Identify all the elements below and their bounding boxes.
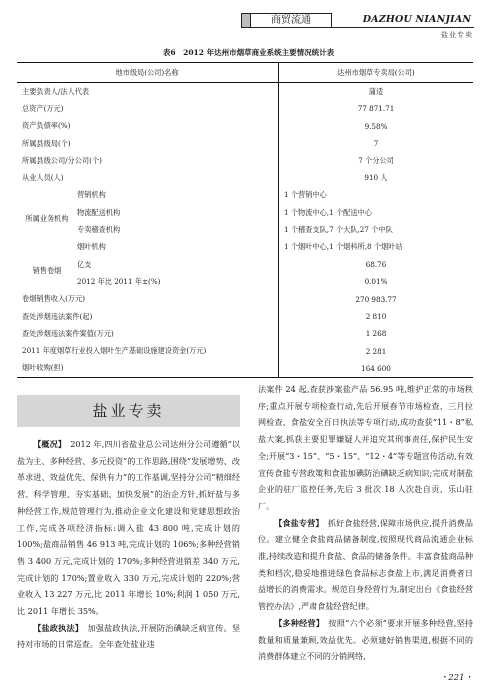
row-label: 主要负责人/法人代表 xyxy=(17,83,279,101)
column-header-name: 地市级局(公司)名称 xyxy=(17,63,279,83)
table-row: 专卖稽查机构 1 个稽查支队,7 个大队,27 个中队 xyxy=(17,221,473,238)
row-value: 7 个分公司 xyxy=(279,152,474,169)
row-label: 烟叶收购(担) xyxy=(17,360,279,378)
row-label: 查处涉烟违法案件案值(万元) xyxy=(17,325,279,342)
row-value: 910 人 xyxy=(279,169,474,186)
paragraph-diversified-business: 【多种经营】 按照“六个必须”要求开展多种经营,坚持数量和质量兼顾,效益优先。必… xyxy=(258,615,473,665)
table-row: 卷烟销售收入(万元) 270 983.77 xyxy=(17,291,473,308)
sub-label: 烟叶机构 xyxy=(77,242,106,251)
row-value: 1 个物流中心,1 个配送中心 xyxy=(279,204,474,221)
row-value: 2 281 xyxy=(279,342,474,359)
group-label-business-units: 所属业务机构 xyxy=(17,214,77,224)
table-row: 资产负债率(%) 9.58% xyxy=(17,118,473,135)
table-row: 2011 年度烟草行业投入烟叶生产基础设施建设资金(万元) 2 281 xyxy=(17,342,473,359)
row-label: 卷烟销售收入(万元) xyxy=(17,291,279,308)
sub-label: 营销机构 xyxy=(77,190,106,199)
sub-label: 专卖稽查机构 xyxy=(77,225,120,234)
paragraph-edible-salt-monopoly: 【食盐专营】 抓好食盐经营,保障市场供应,提升消费品位。建立健全食盐商品储备制度… xyxy=(258,515,473,615)
row-value: 1 个营销中心 xyxy=(279,187,474,204)
table-row: 亿支 销售卷烟 68.76 xyxy=(17,256,473,273)
row-value: 9.58% xyxy=(279,118,474,135)
subsection-label: 盐业专卖 xyxy=(430,30,473,40)
row-value: 270 983.77 xyxy=(279,291,474,308)
row-label: 所属县级公司/分公司(个) xyxy=(17,152,279,169)
row-value: 1 个烟叶中心,1 个烟科所,8 个烟叶站 xyxy=(279,239,474,256)
row-label: 查处涉烟违法案件(起) xyxy=(17,308,279,325)
table-row: 总资产(万元) 77 871.71 xyxy=(17,100,473,117)
row-label: 从业人员(人) xyxy=(17,169,279,186)
sub-label: 亿支 xyxy=(77,260,91,269)
row-value: 1 个稽查支队,7 个大队,27 个中队 xyxy=(279,221,474,238)
header-rule xyxy=(332,27,474,28)
row-value: 77 871.71 xyxy=(279,100,474,117)
paragraph-keyword: 【概况】 xyxy=(33,439,62,449)
header-gray-block xyxy=(241,13,250,28)
row-value: 2 810 xyxy=(279,308,474,325)
sub-label: 物流配送机构 xyxy=(77,208,120,217)
row-label: 烟叶机构 xyxy=(17,239,279,256)
table-title: 表6 2012 年达州市烟草商业系统主要情况统计表 xyxy=(0,47,497,58)
paragraph-text: 2012 年,四川省盐业总公司达州分公司遵循“以盐为主、多种经营、多元投资”的工… xyxy=(17,439,240,616)
section-title-banner: 盐业专卖 xyxy=(17,395,240,427)
row-label: 所属县级局(个) xyxy=(17,135,279,152)
row-label: 营销机构 xyxy=(17,187,279,204)
table-row: 主要负责人/法人代表 蒲适 xyxy=(17,83,473,101)
sub-label: 2012 年比 2011 年±(%) xyxy=(77,277,160,286)
row-label: 资产负债率(%) xyxy=(17,118,279,135)
table-row: 查处涉烟违法案件(起) 2 810 xyxy=(17,308,473,325)
row-value: 68.76 xyxy=(279,256,474,273)
table-row: 2012 年比 2011 年±(%) 0.01% xyxy=(17,273,473,290)
paragraph-keyword: 【多种经营】 xyxy=(274,618,320,628)
row-value: 蒲适 xyxy=(279,83,474,101)
paragraph-keyword: 【食盐专营】 xyxy=(274,518,319,528)
paragraph-overview: 【概况】 2012 年,四川省盐业总公司达州分公司遵循“以盐为主、多种经营、多元… xyxy=(17,436,240,620)
table-row: 烟叶机构 1 个烟叶中心,1 个烟科所,8 个烟叶站 xyxy=(17,239,473,256)
row-label: 亿支 销售卷烟 xyxy=(17,256,279,273)
paragraph-keyword: 【盐政执法】 xyxy=(33,623,79,633)
table-header-row: 地市级局(公司)名称 达州市烟草专卖局(公司) xyxy=(17,63,473,83)
row-value: 0.01% xyxy=(279,273,474,290)
row-value: 1 268 xyxy=(279,325,474,342)
statistics-table: 地市级局(公司)名称 达州市烟草专卖局(公司) 主要负责人/法人代表 蒲适 总资… xyxy=(17,62,473,378)
table-row: 烟叶收购(担) 164 600 xyxy=(17,360,473,378)
row-label: 物流配送机构 所属业务机构 xyxy=(17,204,279,221)
row-label: 2011 年度烟草行业投入烟叶生产基础设施建设资金(万元) xyxy=(17,342,279,359)
table-row: 物流配送机构 所属业务机构 1 个物流中心,1 个配送中心 xyxy=(17,204,473,221)
group-label-cigarette-sales: 销售卷烟 xyxy=(17,266,77,276)
section-label: 商贸流通 xyxy=(250,13,332,28)
table-row: 营销机构 1 个营销中心 xyxy=(17,187,473,204)
paragraph-salt-law-enforcement-continued: 法案件 24 起,查获涉案盐产品 56.95 吨,维护正常的市场秩序;重点开展专… xyxy=(258,381,473,515)
paragraph-salt-law-enforcement: 【盐政执法】 加强盐政执法,开展防治碘缺乏病宣传。坚持对市场的日常巡查。全年查处… xyxy=(17,620,240,653)
article-column-left: 【概况】 2012 年,四川省盐业总公司达州分公司遵循“以盐为主、多种经营、多元… xyxy=(17,436,240,653)
paragraph-text: 抓好食盐经营,保障市场供应,提升消费品位。建立健全食盐商品储备制度,按照现代商品… xyxy=(258,518,473,612)
row-value: 7 xyxy=(279,135,474,152)
column-header-value: 达州市烟草专卖局(公司) xyxy=(279,63,474,83)
table-row: 所属县级公司/分公司(个) 7 个分公司 xyxy=(17,152,473,169)
table-row: 从业人员(人) 910 人 xyxy=(17,169,473,186)
journal-name: DAZHOU NIANJIAN xyxy=(362,13,472,26)
table-row: 所属县级局(个) 7 xyxy=(17,135,473,152)
row-label: 总资产(万元) xyxy=(17,100,279,117)
table-row: 查处涉烟违法案件案值(万元) 1 268 xyxy=(17,325,473,342)
page-number: ・221・ xyxy=(420,671,473,683)
article-column-right: 法案件 24 起,查获涉案盐产品 56.95 吨,维护正常的市场秩序;重点开展专… xyxy=(258,381,473,665)
row-value: 164 600 xyxy=(279,360,474,378)
